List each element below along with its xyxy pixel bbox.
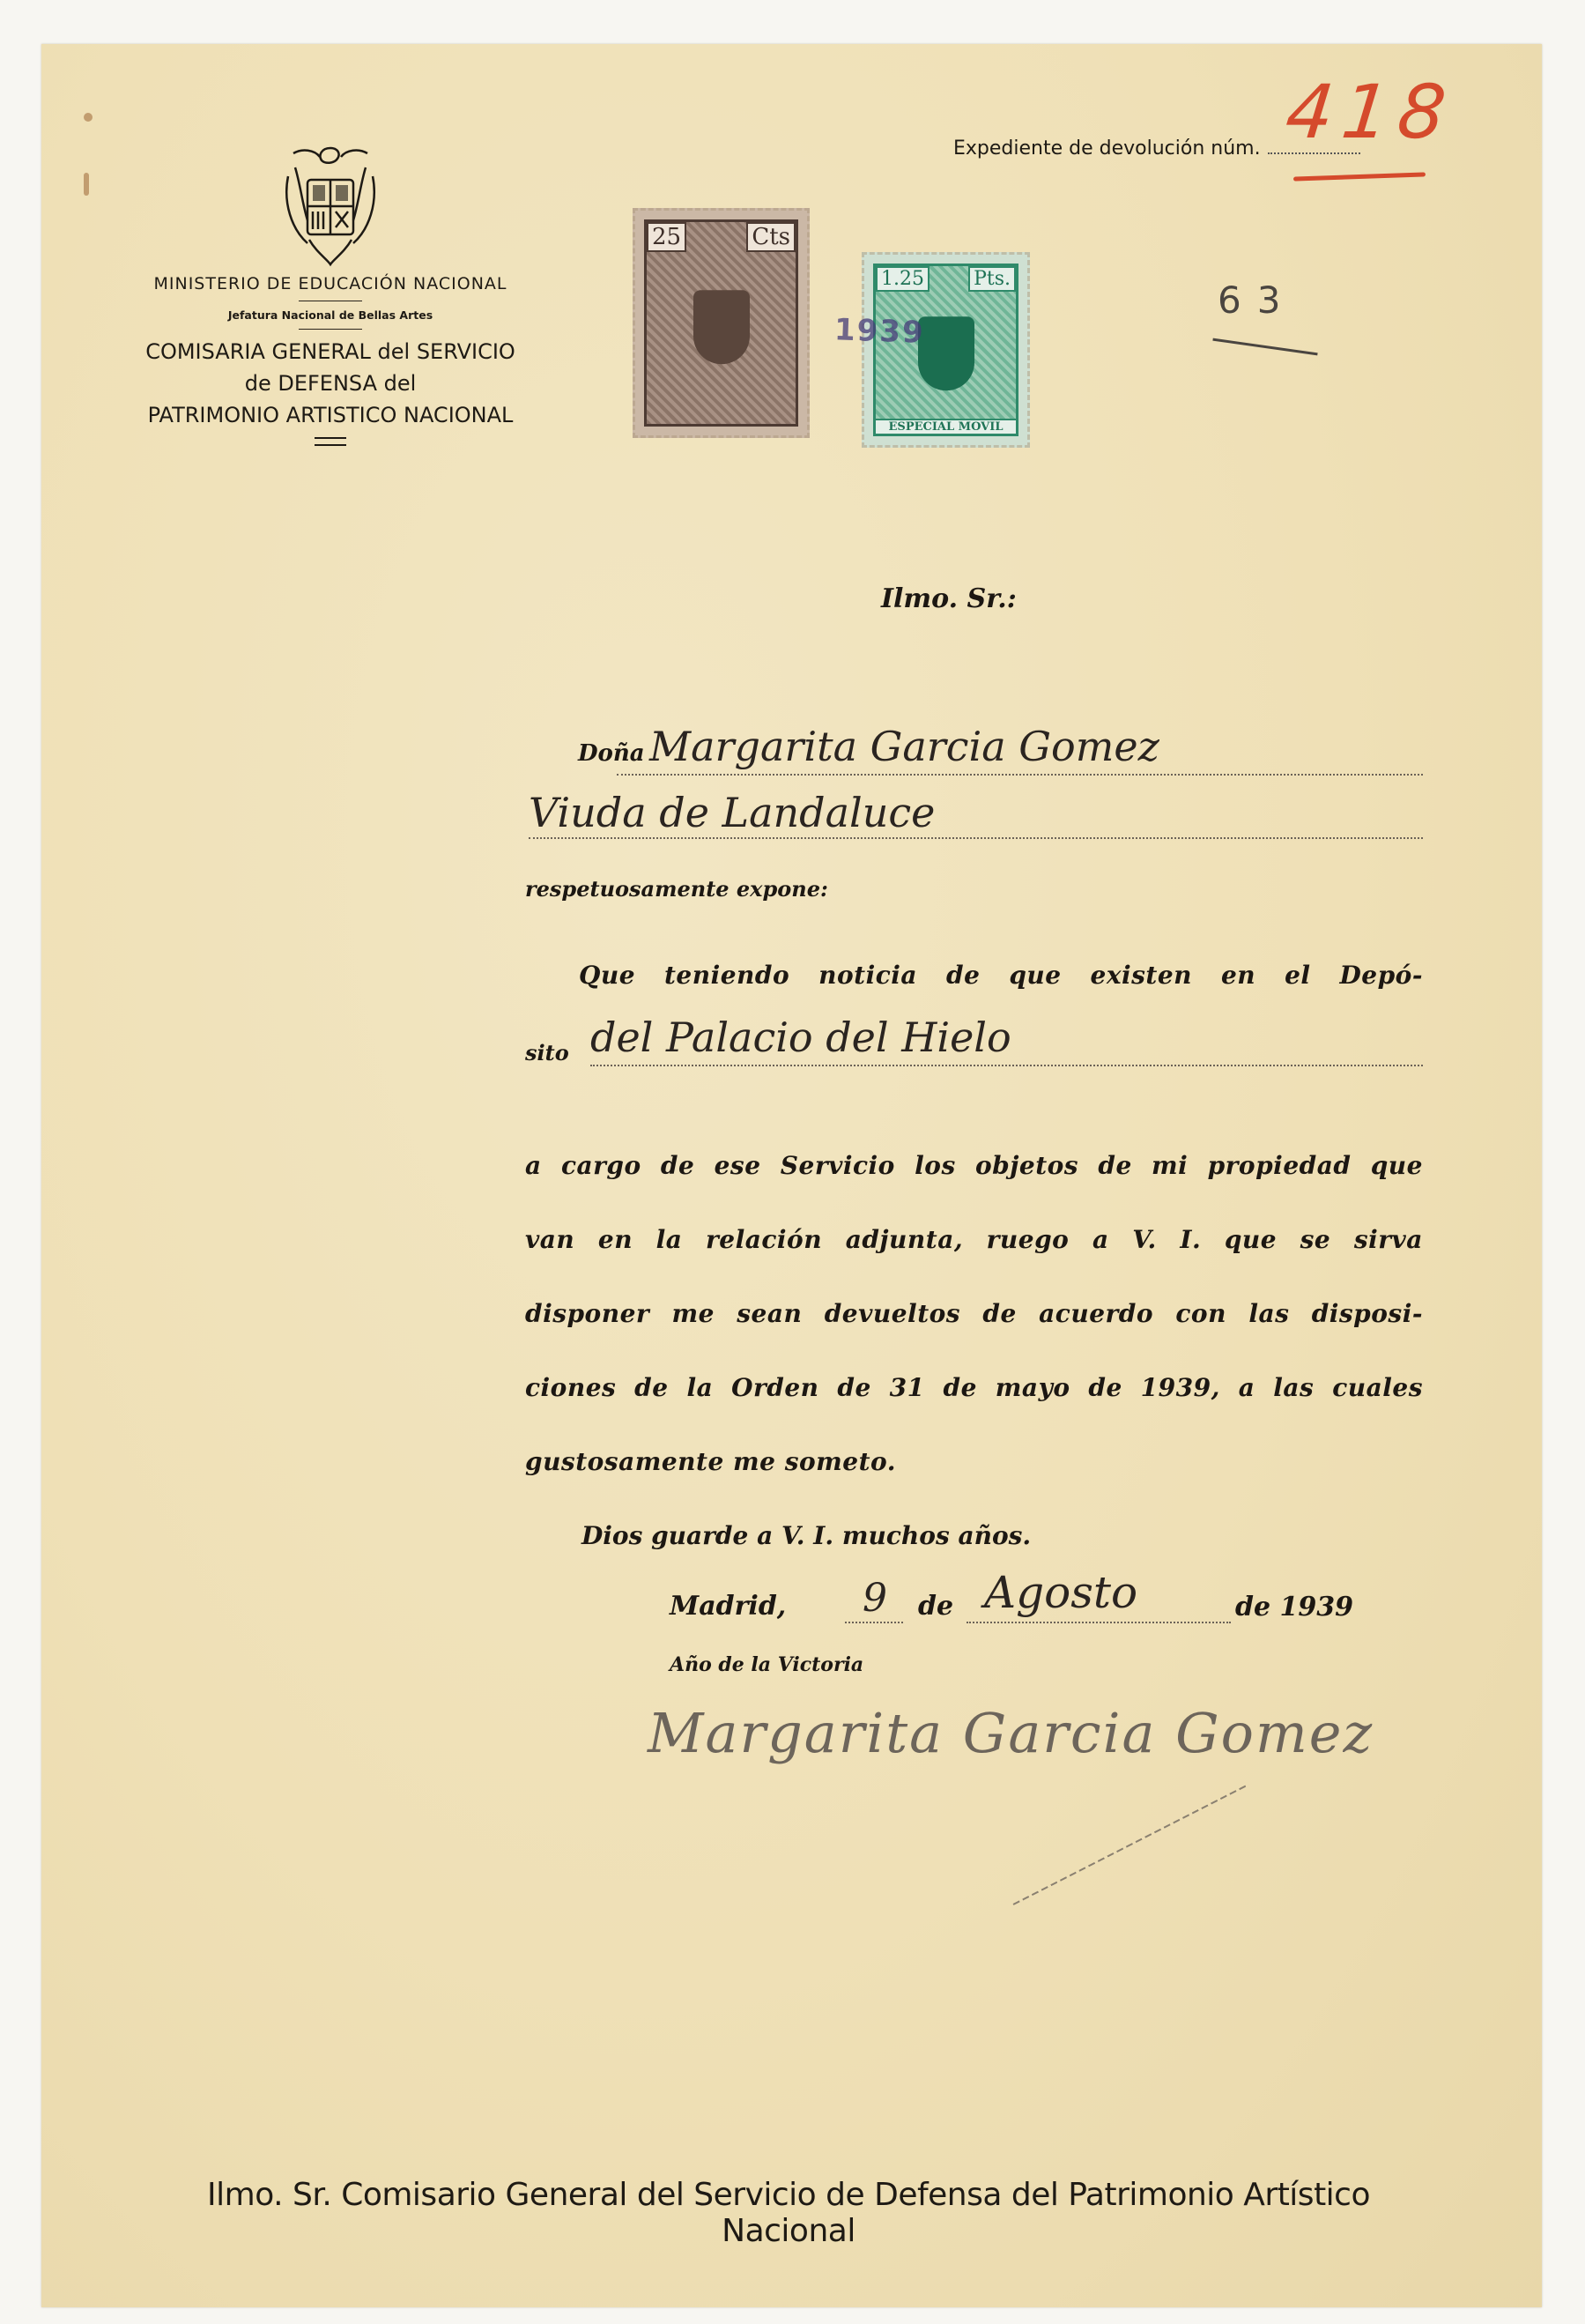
deposito-handwritten: del Palacio del Hielo	[590, 1014, 1011, 1061]
fiscal-stamp-1-25-pts: 1.25 Pts. ESPECIAL MOVIL	[862, 252, 1030, 448]
divider	[299, 329, 362, 330]
body-line-7: gustosamente me someto.	[525, 1447, 1423, 1482]
stamp-cancellation-mark: 1939	[833, 312, 925, 351]
addressee-footer: Ilmo. Sr. Comisario General del Servicio…	[145, 2177, 1432, 2249]
date-city: Madrid,	[670, 1591, 786, 1622]
dotted-fill-line	[590, 1065, 1423, 1066]
date-day-handwritten: 9	[863, 1576, 887, 1621]
letterhead: MINISTERIO DE EDUCACIÓN NACIONAL Jefatur…	[132, 132, 529, 446]
pencil-underline	[1212, 338, 1317, 356]
comisaria-line-1: COMISARIA GENERAL del SERVICIO	[132, 337, 529, 367]
word-row: Que teniendo noticia de que existen en e…	[579, 961, 1423, 990]
eagle-coat-of-arms-icon	[918, 316, 974, 390]
date-month-handwritten: Agosto	[984, 1567, 1137, 1618]
date-de: de	[918, 1591, 953, 1622]
body-line-6: ciones de la Orden de 31 de mayo de 1939…	[525, 1373, 1423, 1408]
coat-of-arms-icon	[693, 290, 750, 364]
dotted-fill-line	[529, 837, 1423, 839]
comisaria-line-3: PATRIMONIO ARTISTICO NACIONAL	[132, 400, 529, 430]
body-line-1: Que teniendo noticia de que existen en e…	[579, 961, 1423, 996]
dotted-fill-line	[967, 1622, 1231, 1623]
dotted-fill-line	[845, 1622, 903, 1623]
sito-label: sito	[525, 1040, 569, 1065]
expediente-number: 418	[1282, 69, 1459, 155]
body-line-4: van en la relación adjunta, ruego a V. I…	[525, 1225, 1423, 1260]
date-year: de 1939	[1235, 1592, 1353, 1622]
rust-spot	[84, 173, 89, 196]
pencil-stroke	[1013, 1784, 1249, 1905]
pencil-annotation: 63	[1218, 278, 1296, 322]
comisaria-line-2: de DEFENSA del	[132, 368, 529, 398]
dona-label: Doña	[578, 740, 645, 767]
ministry-name: MINISTERIO DE EDUCACIÓN NACIONAL	[132, 274, 529, 293]
body-line-3: a cargo de ese Servicio los objetos de m…	[525, 1151, 1423, 1186]
closing-formula: Dios guarde a V. I. muchos años.	[581, 1521, 1031, 1550]
petitioner-name-handwritten: Margarita Garcia Gomez	[649, 723, 1159, 770]
stamp-value: 25	[647, 222, 686, 252]
dotted-fill-line	[617, 774, 1423, 776]
coat-of-arms-icon	[278, 141, 383, 269]
ano-de-la-victoria: Año de la Victoria	[670, 1653, 863, 1676]
jefatura-name: Jefatura Nacional de Bellas Artes	[132, 308, 529, 322]
body-line-5: disponer me sean devueltos de acuerdo co…	[525, 1299, 1423, 1334]
petitioner-line2-handwritten: Viuda de Landaluce	[529, 789, 935, 836]
stamp-unit: Pts.	[968, 266, 1016, 292]
stamp-value: 1.25	[876, 266, 930, 292]
salutation: Ilmo. Sr.:	[881, 583, 1017, 614]
divider	[299, 301, 362, 301]
double-rule	[315, 437, 346, 446]
fiscal-stamp-25-cts: 25 Cts	[633, 208, 810, 438]
signature: Margarita Garcia Gomez	[648, 1701, 1374, 1765]
stamp-unit: Cts	[746, 222, 796, 252]
expone-label: respetuosamente expone:	[525, 876, 828, 902]
rust-spot	[84, 113, 93, 122]
stamp-caption: ESPECIAL MOVIL	[876, 419, 1016, 434]
expediente-underline	[1293, 172, 1426, 181]
document-page: MINISTERIO DE EDUCACIÓN NACIONAL Jefatur…	[41, 44, 1542, 2307]
